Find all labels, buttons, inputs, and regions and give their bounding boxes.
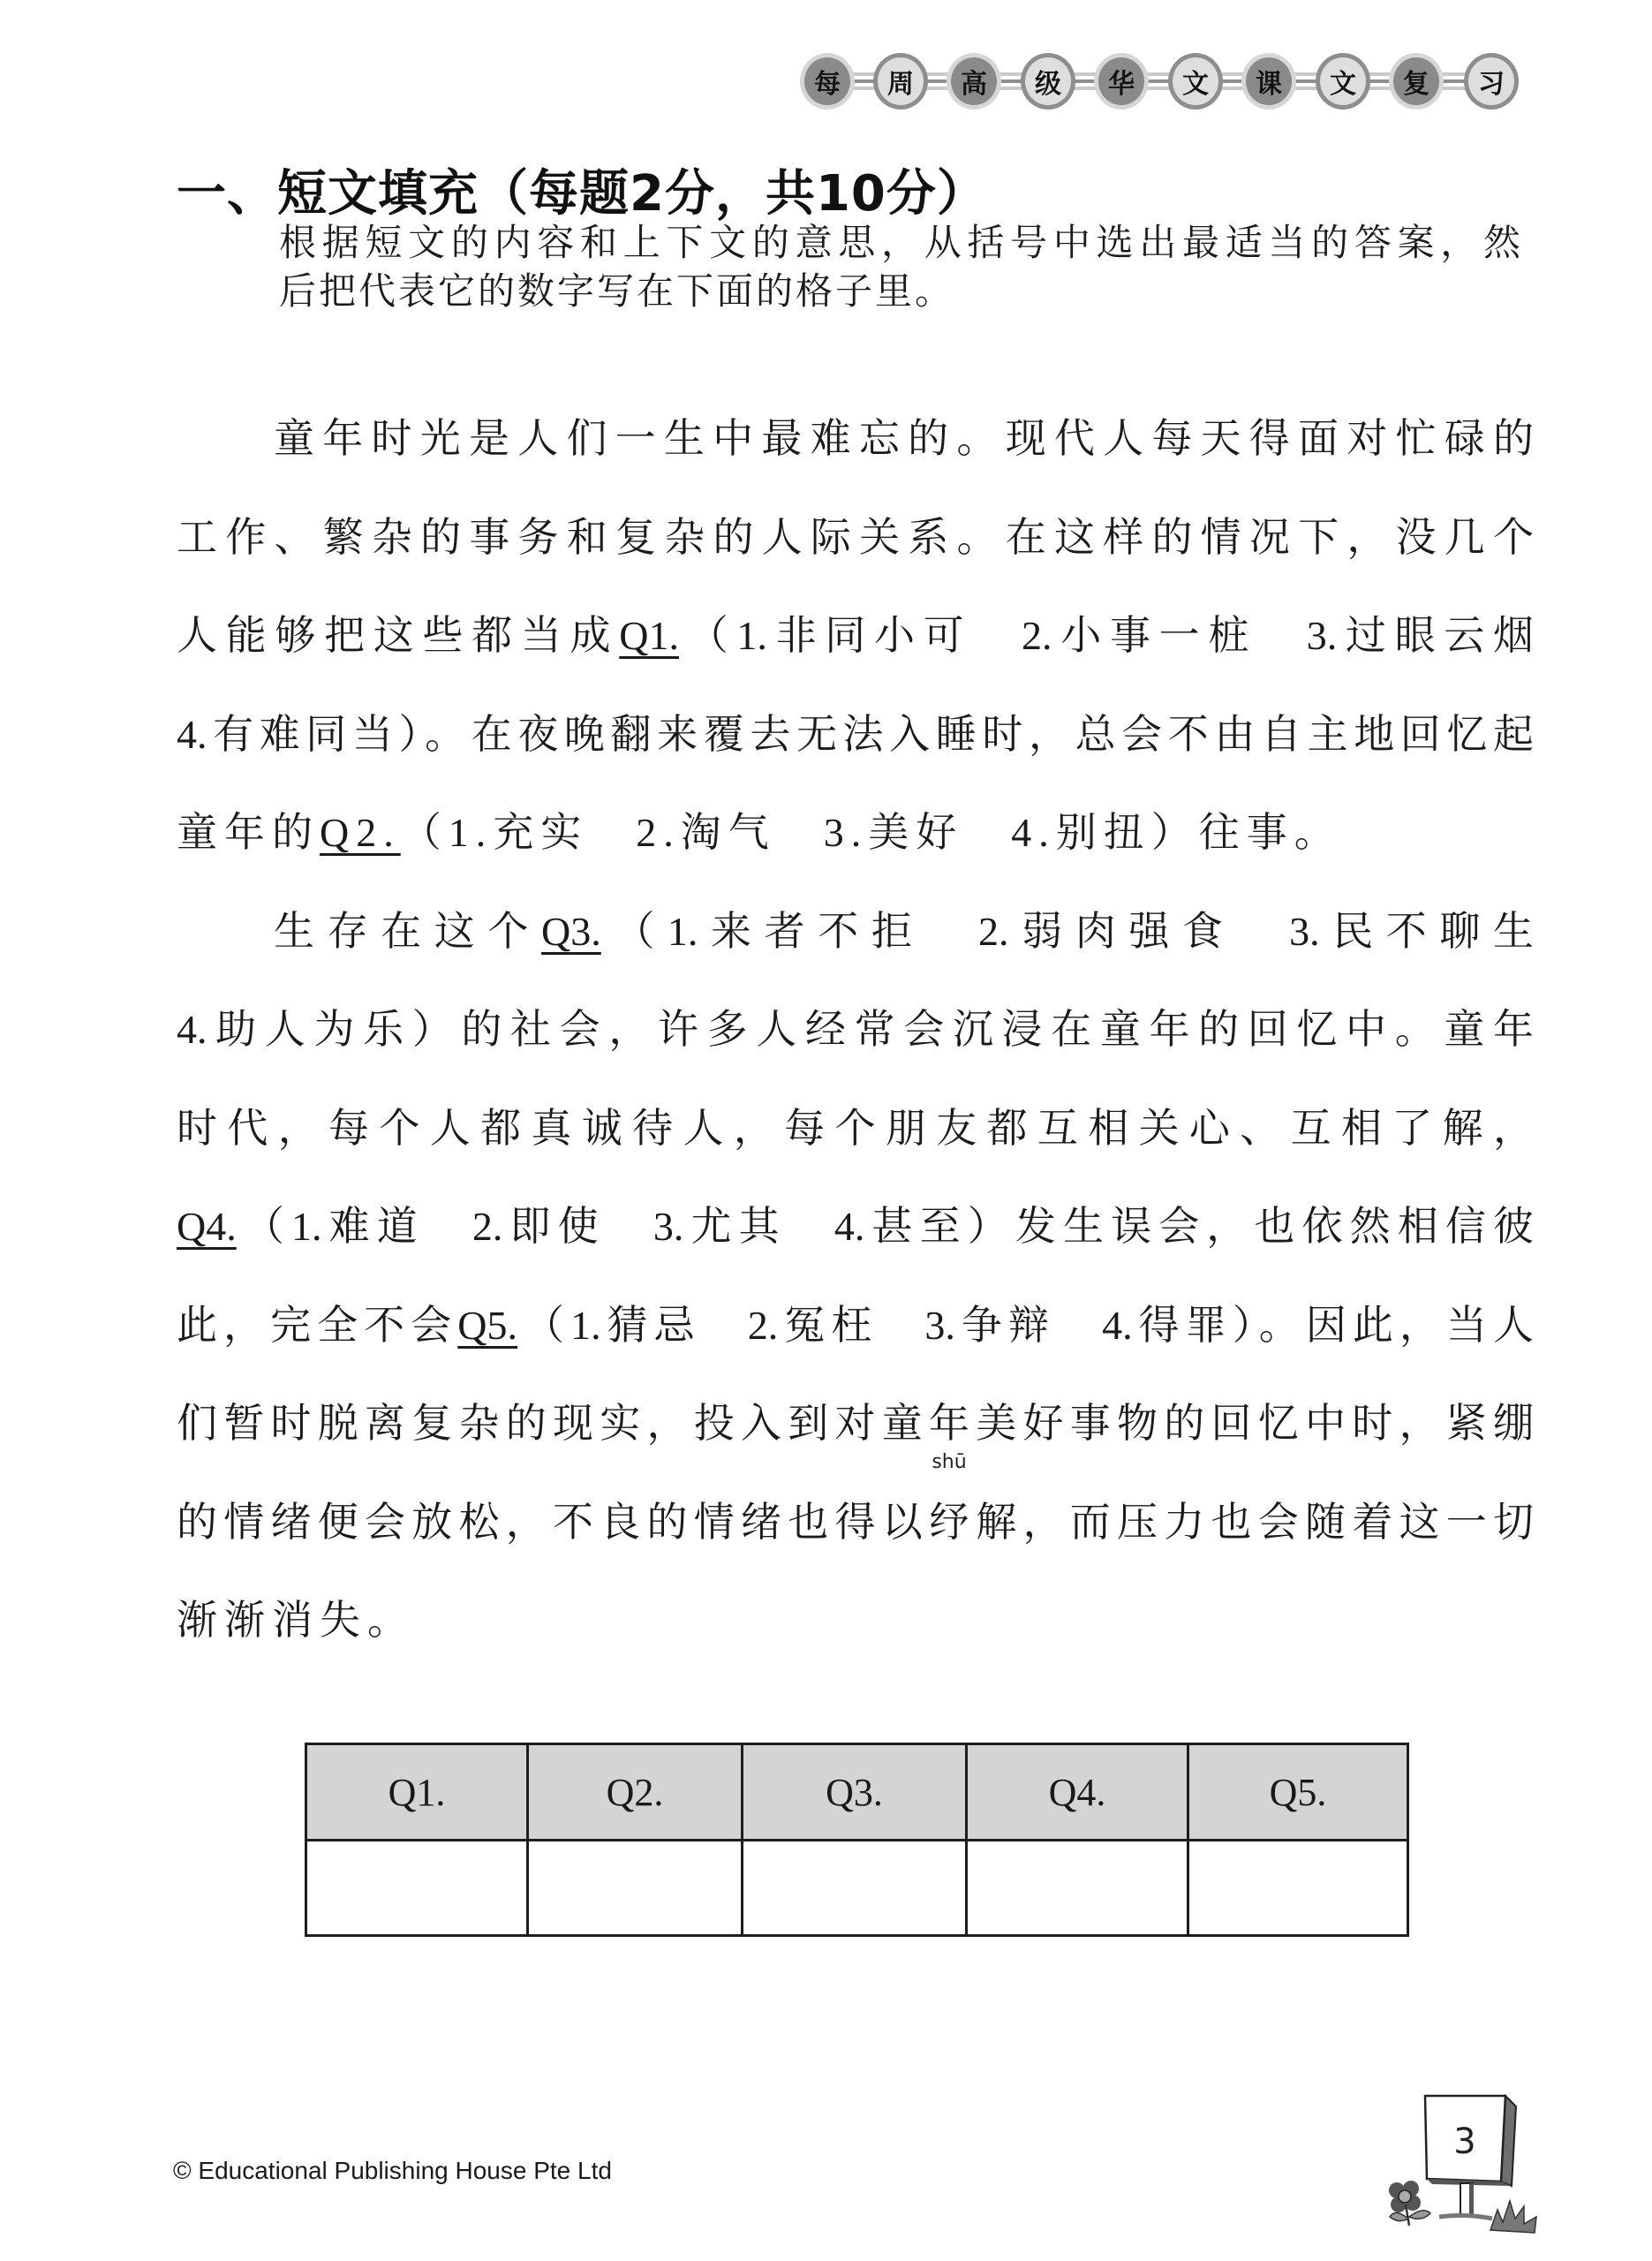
series-badge: 高 bbox=[947, 53, 1001, 110]
passage-line: 此，完全不会Q5.（1.猜忌 2.冤枉 3.争辩 4.得罪）。因此，当人 bbox=[177, 1276, 1534, 1375]
pinyin-label: shū bbox=[932, 1452, 966, 1473]
instruction-line: 后把代表它的数字写在下面的格子里。 bbox=[279, 268, 1520, 315]
answer-options-q3: （1.来者不拒 2.弱肉强食 3.民不聊生 bbox=[601, 909, 1534, 954]
passage-line: 的情绪便会放松，不良的情绪也得以shū纾解，而压力也会随着这一切 bbox=[177, 1473, 1534, 1572]
answer-cell-q2[interactable] bbox=[528, 1841, 743, 1936]
passage-line: 们暂时脱离复杂的现实，投入到对童年美好事物的回忆中时，紧绷 bbox=[177, 1374, 1534, 1473]
answer-grid-header: Q1. bbox=[306, 1744, 528, 1841]
question-blank-q2: Q2. bbox=[320, 810, 401, 855]
answer-options-q4: （1.难道 2.即使 3.尤其 4.甚至） bbox=[237, 1204, 1015, 1249]
answer-cell-q3[interactable] bbox=[743, 1841, 967, 1936]
question-blank-q1: Q1. bbox=[619, 613, 679, 658]
series-badge: 每 bbox=[800, 53, 855, 110]
passage-text: 人能够把这些都当成 bbox=[177, 611, 619, 659]
answer-options-q2: （1.充实 2.淘气 3.美好 4.别扭） bbox=[401, 810, 1199, 855]
passage-line: 时代，每个人都真诚待人，每个朋友都互相关心、互相了解， bbox=[177, 1079, 1534, 1178]
passage-line: 童年时光是人们一生中最难忘的。现代人每天得面对忙碌的 bbox=[177, 389, 1534, 488]
answer-cell-q1[interactable] bbox=[306, 1841, 528, 1936]
passage-text: 。在夜晚翻来覆去无法入睡时，总会不由自主地回忆起 bbox=[425, 710, 1534, 758]
series-badge: 周 bbox=[873, 53, 928, 110]
answer-grid: Q1. Q2. Q3. Q4. Q5. bbox=[305, 1743, 1409, 1937]
series-badge: 文 bbox=[1168, 53, 1223, 110]
passage-text: 发生误会，也依然相信彼 bbox=[1015, 1202, 1534, 1250]
passage-line: 童年的Q2.（1.充实 2.淘气 3.美好 4.别扭）往事。 bbox=[177, 783, 1534, 882]
passage-text: 解，而压力也会随着这一切 bbox=[969, 1498, 1534, 1546]
passage-text: 的情绪便会放松，不良的情绪也得以 bbox=[177, 1498, 929, 1546]
answer-grid-header-row: Q1. Q2. Q3. Q4. Q5. bbox=[306, 1744, 1408, 1841]
answer-grid-header: Q2. bbox=[528, 1744, 743, 1841]
passage-line: 人能够把这些都当成Q1.（1.非同小可 2.小事一桩 3.过眼云烟 bbox=[177, 586, 1534, 685]
passage-line: 4.有难同当）。在夜晚翻来覆去无法入睡时，总会不由自主地回忆起 bbox=[177, 685, 1534, 784]
grass-icon bbox=[1490, 2201, 1536, 2233]
series-badge: 课 bbox=[1241, 53, 1296, 110]
section-title: 一、短文填充（每题2分，共10分） bbox=[177, 166, 987, 223]
question-blank-q4: Q4. bbox=[177, 1204, 237, 1249]
series-title-badges: 每 周 高 级 华 文 课 文 复 习 bbox=[800, 53, 1524, 110]
cloze-passage: 童年时光是人们一生中最难忘的。现代人每天得面对忙碌的 工作、繁杂的事务和复杂的人… bbox=[177, 389, 1534, 1670]
copyright-notice: © Educational Publishing House Pte Ltd bbox=[173, 2155, 612, 2187]
passage-line: 生存在这个Q3.（1.来者不拒 2.弱肉强食 3.民不聊生 bbox=[177, 882, 1534, 981]
passage-text: 此，完全不会 bbox=[177, 1301, 457, 1349]
passage-line: 工作、繁杂的事务和复杂的人际关系。在这样的情况下，没几个 bbox=[177, 488, 1534, 587]
passage-text: 童年时光是人们一生中最难忘的。现代人每天得面对忙碌的 bbox=[274, 414, 1534, 462]
page-number: 3 bbox=[1425, 2120, 1505, 2164]
passage-text: 渐渐消失。 bbox=[177, 1596, 415, 1644]
series-badge: 级 bbox=[1021, 53, 1075, 110]
annotated-char: 纾 bbox=[929, 1498, 969, 1546]
question-blank-q3: Q3. bbox=[541, 909, 601, 954]
answer-options-q1: （1.非同小可 2.小事一桩 3.过眼云烟 bbox=[679, 613, 1534, 658]
answer-options-q5: （1.猜忌 2.冤枉 3.争辩 4.得罪） bbox=[517, 1303, 1259, 1348]
answer-cell-q5[interactable] bbox=[1188, 1841, 1408, 1936]
passage-text: 工作、繁杂的事务和复杂的人际关系。在这样的情况下，没几个 bbox=[177, 513, 1534, 561]
series-badge: 习 bbox=[1464, 53, 1519, 110]
passage-text: 。因此，当人 bbox=[1259, 1301, 1534, 1349]
passage-line: Q4.（1.难道 2.即使 3.尤其 4.甚至）发生误会，也依然相信彼 bbox=[177, 1177, 1534, 1276]
passage-text: 生存在这个 bbox=[274, 907, 541, 955]
passage-line: 渐渐消失。 bbox=[177, 1571, 1534, 1670]
passage-text: 的社会，许多人经常会沉浸在童年的回忆中。童年 bbox=[461, 1005, 1534, 1053]
series-badge: 文 bbox=[1316, 53, 1370, 110]
flower-icon bbox=[1389, 2181, 1430, 2226]
answer-grid-header: Q4. bbox=[967, 1744, 1188, 1841]
answer-cell-q4[interactable] bbox=[967, 1841, 1188, 1936]
answer-grid-header: Q3. bbox=[743, 1744, 967, 1841]
series-badge: 复 bbox=[1389, 53, 1444, 110]
question-blank-q5: Q5. bbox=[457, 1303, 517, 1348]
pinyin-annotated-char: shū纾 bbox=[929, 1473, 969, 1572]
answer-grid-answer-row bbox=[306, 1841, 1408, 1936]
answer-grid-header: Q5. bbox=[1188, 1744, 1408, 1841]
answer-options-q1: 4.有难同当） bbox=[177, 712, 425, 757]
passage-text: 往事。 bbox=[1199, 808, 1342, 856]
answer-options-q3: 4.助人为乐） bbox=[177, 1007, 461, 1052]
instruction-line: 根据短文的内容和上下文的意思，从括号中选出最适当的答案，然 bbox=[279, 219, 1520, 267]
passage-text: 童年的 bbox=[177, 808, 320, 856]
passage-text: 时代，每个人都真诚待人，每个朋友都互相关心、互相了解， bbox=[177, 1104, 1534, 1152]
series-badge: 华 bbox=[1094, 53, 1149, 110]
passage-text: 们暂时脱离复杂的现实，投入到对童年美好事物的回忆中时，紧绷 bbox=[177, 1399, 1534, 1447]
passage-line: 4.助人为乐）的社会，许多人经常会沉浸在童年的回忆中。童年 bbox=[177, 980, 1534, 1079]
